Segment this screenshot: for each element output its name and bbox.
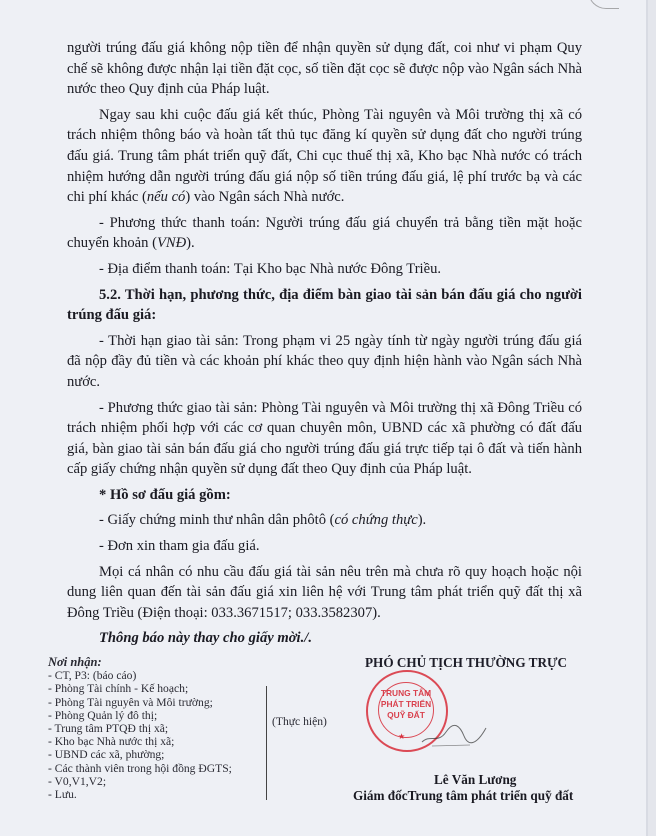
recipient-item: - V0,V1,V2; (48, 775, 232, 788)
stamp-line: PHÁT TRIỂN (378, 699, 434, 710)
bracket-label: (Thực hiện) (272, 715, 327, 728)
closing-line: Thông báo này thay cho giấy mời./. (67, 628, 582, 649)
dossier-item: - Đơn xin tham gia đấu giá. (67, 536, 582, 557)
recipient-item: - Kho bạc Nhà nước thị xã; (48, 735, 232, 748)
scan-mark (588, 0, 619, 9)
handover-method: - Phương thức giao tài sản: Phòng Tài ng… (67, 398, 582, 480)
text-italic: VNĐ (157, 235, 186, 251)
dossier-heading: * Hồ sơ đấu giá gồm: (67, 485, 582, 506)
recipient-item: - Phòng Tài nguyên và Môi trường; (48, 696, 232, 709)
text: ) vào Ngân sách Nhà nước. (185, 189, 344, 205)
recipient-item: - CT, P3: (báo cáo) (48, 669, 232, 682)
text: - Giấy chứng minh thư nhân dân phôtô ( (99, 512, 335, 528)
stamp-line: QUỸ ĐẤT (378, 710, 434, 721)
stamp-line: TRUNG TÂM (378, 688, 434, 699)
handwritten-signature-icon (420, 722, 490, 750)
page-margin (648, 0, 656, 836)
recipients-title: Nơi nhận: (48, 656, 232, 669)
recipient-item: - Trung tâm PTQĐ thị xã; (48, 722, 232, 735)
document-body: người trúng đấu giá không nộp tiền để nh… (67, 38, 582, 649)
star-icon: ★ (398, 732, 405, 741)
recipient-item: - UBND các xã, phường; (48, 748, 232, 761)
recipient-item: - Phòng Quản lý đô thị; (48, 709, 232, 722)
text: ). (186, 235, 195, 251)
text: - Phương thức thanh toán: Người trúng đấ… (67, 215, 582, 252)
recipient-item: - Phòng Tài chính - Kế hoạch; (48, 682, 232, 695)
text-italic: nếu có (147, 189, 186, 205)
paragraph-penalty: người trúng đấu giá không nộp tiền để nh… (67, 38, 582, 100)
text-italic: có chứng thực (335, 512, 418, 528)
paragraph-registration: Ngay sau khi cuộc đấu giá kết thúc, Phòn… (67, 105, 582, 208)
section-heading: 5.2. Thời hạn, phương thức, địa điểm bàn… (67, 285, 582, 326)
recipient-item: - Các thành viên trong hội đồng ĐGTS; (48, 762, 232, 775)
contact-paragraph: Mọi cá nhân có nhu cầu đấu giá tài sản n… (67, 562, 582, 624)
handover-time: - Thời hạn giao tài sản: Trong phạm vi 2… (67, 331, 582, 393)
recipients-block: Nơi nhận: - CT, P3: (báo cáo) - Phòng Tà… (48, 656, 232, 801)
signer-name: Lê Văn Lương (434, 772, 516, 788)
bracket-divider (266, 686, 267, 800)
page-edge-line (646, 0, 648, 836)
recipient-item: - Lưu. (48, 788, 232, 801)
payment-method: - Phương thức thanh toán: Người trúng đấ… (67, 213, 582, 254)
payment-place: - Địa điểm thanh toán: Tại Kho bạc Nhà n… (67, 259, 582, 280)
signer-role: Giám đốcTrung tâm phát triển quỹ đất (353, 788, 573, 804)
text: ). (418, 512, 427, 528)
dossier-item: - Giấy chứng minh thư nhân dân phôtô (có… (67, 510, 582, 531)
stamp-text: TRUNG TÂM PHÁT TRIỂN QUỸ ĐẤT (378, 688, 434, 721)
signer-title: PHÓ CHỦ TỊCH THƯỜNG TRỰC (365, 655, 567, 671)
